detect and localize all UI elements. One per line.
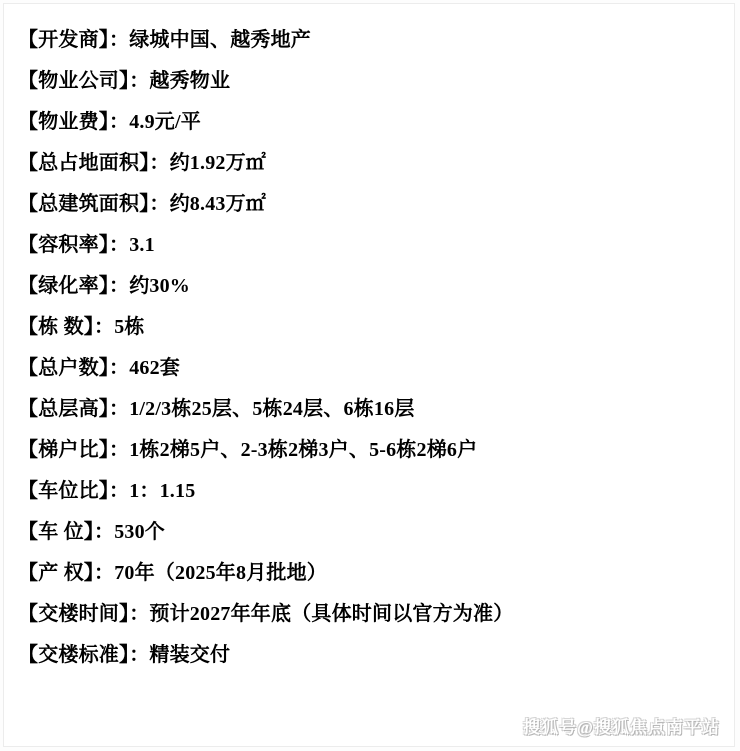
field-value: 70年（2025年8月批地） (114, 562, 327, 584)
property-info-row-developer: 【开发商】：绿城中国、越秀地产 (18, 30, 724, 50)
field-value: 1/2/3栋25层、5栋24层、6栋16层 (129, 398, 414, 420)
field-label: 【物业公司】： (18, 70, 149, 92)
field-label: 【总户数】： (18, 357, 129, 379)
field-label: 【开发商】： (18, 29, 129, 51)
property-info-row-total-units: 【总户数】：462套 (18, 358, 724, 378)
field-label: 【栋 数】： (18, 316, 114, 338)
property-info-row-plot-ratio: 【容积率】：3.1 (18, 235, 724, 255)
field-label: 【总层高】： (18, 398, 129, 420)
field-label: 【车 位】： (18, 521, 114, 543)
field-value: 1栋2梯5户、2-3栋2梯3户、5-6栋2梯6户 (129, 439, 477, 461)
field-value: 精装交付 (149, 644, 230, 666)
field-value: 绿城中国、越秀地产 (129, 29, 311, 51)
property-info-row-floors: 【总层高】：1/2/3栋25层、5栋24层、6栋16层 (18, 399, 724, 419)
field-label: 【产 权】： (18, 562, 114, 584)
field-value: 约1.92万㎡ (170, 152, 266, 174)
sohu-watermark: 搜狐号@搜狐焦点南平站 (523, 713, 720, 738)
field-value: 530个 (114, 521, 165, 543)
property-info-row-delivery-standard: 【交楼标准】：精装交付 (18, 645, 724, 665)
field-value: 预计2027年年底（具体时间以官方为准） (149, 603, 513, 625)
property-info-row-property-company: 【物业公司】：越秀物业 (18, 71, 724, 91)
field-label: 【总占地面积】： (18, 152, 170, 174)
field-label: 【交楼标准】： (18, 644, 149, 666)
property-info-row-parking-ratio: 【车位比】：1：1.15 (18, 481, 724, 501)
property-info-row-building-count: 【栋 数】：5栋 (18, 317, 724, 337)
property-info-row-ownership: 【产 权】：70年（2025年8月批地） (18, 563, 724, 583)
field-label: 【交楼时间】： (18, 603, 149, 625)
field-label: 【容积率】： (18, 234, 129, 256)
field-value: 462套 (129, 357, 180, 379)
field-label: 【梯户比】： (18, 439, 129, 461)
property-info-row-property-fee: 【物业费】：4.9元/平 (18, 112, 724, 132)
property-info-row-building-area: 【总建筑面积】：约8.43万㎡ (18, 194, 724, 214)
field-value: 3.1 (129, 234, 155, 256)
property-info-row-parking-count: 【车 位】：530个 (18, 522, 724, 542)
field-label: 【总建筑面积】： (18, 193, 170, 215)
property-info-row-elevator-ratio: 【梯户比】：1栋2梯5户、2-3栋2梯3户、5-6栋2梯6户 (18, 440, 724, 460)
field-value: 1：1.15 (129, 480, 195, 502)
property-info-row-greening-rate: 【绿化率】：约30% (18, 276, 724, 296)
property-info-list: 【开发商】：绿城中国、越秀地产 【物业公司】：越秀物业 【物业费】：4.9元/平… (18, 30, 724, 686)
field-value: 5栋 (114, 316, 144, 338)
field-label: 【车位比】： (18, 480, 129, 502)
field-label: 【物业费】： (18, 111, 129, 133)
property-info-row-delivery-time: 【交楼时间】：预计2027年年底（具体时间以官方为准） (18, 604, 724, 624)
property-info-row-land-area: 【总占地面积】：约1.92万㎡ (18, 153, 724, 173)
field-value: 约30% (129, 275, 190, 297)
field-value: 4.9元/平 (129, 111, 201, 133)
field-label: 【绿化率】： (18, 275, 129, 297)
field-value: 越秀物业 (149, 70, 230, 92)
article-text-block: 【开发商】：绿城中国、越秀地产 【物业公司】：越秀物业 【物业费】：4.9元/平… (3, 3, 735, 747)
field-value: 约8.43万㎡ (170, 193, 266, 215)
